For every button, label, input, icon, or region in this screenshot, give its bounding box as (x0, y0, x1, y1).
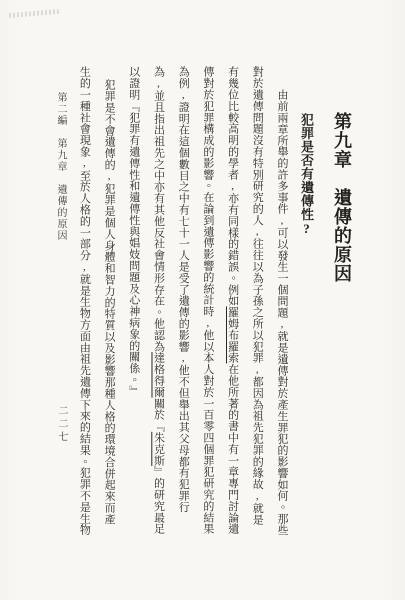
faint-stamp (9, 9, 59, 18)
book-page: 第九章 遺傳的原因 犯罪是否有遺傳性? 由前兩章所舉的許多事件,可以發生一個問題… (0, 0, 405, 600)
section-question: 犯罪是否有遺傳性? (297, 113, 316, 237)
page-number: 二二七 (54, 405, 69, 444)
proper-noun: 朱克斯 (152, 432, 164, 466)
paragraph: 由前兩章所舉的許多事件,可以發生一個問題,就是遺傳對於產生罪犯的影響如何。那些對… (121, 66, 294, 536)
running-title: 第二編 第九章 遺傳的原因 (53, 92, 68, 242)
paragraph: 犯罪是不會遺傳的,犯罪是個人身體和智力的特質以及影響那種人格的環境合併起來而產生… (72, 66, 121, 536)
body-text: 由前兩章所舉的許多事件,可以發生一個問題,就是遺傳對於產生罪犯的影響如何。那些對… (72, 66, 294, 536)
proper-noun: 羅姆布羅索 (227, 306, 239, 363)
proper-noun: 達格得爾 (152, 352, 164, 398)
chapter-title: 第九章 遺傳的原因 (329, 112, 355, 283)
